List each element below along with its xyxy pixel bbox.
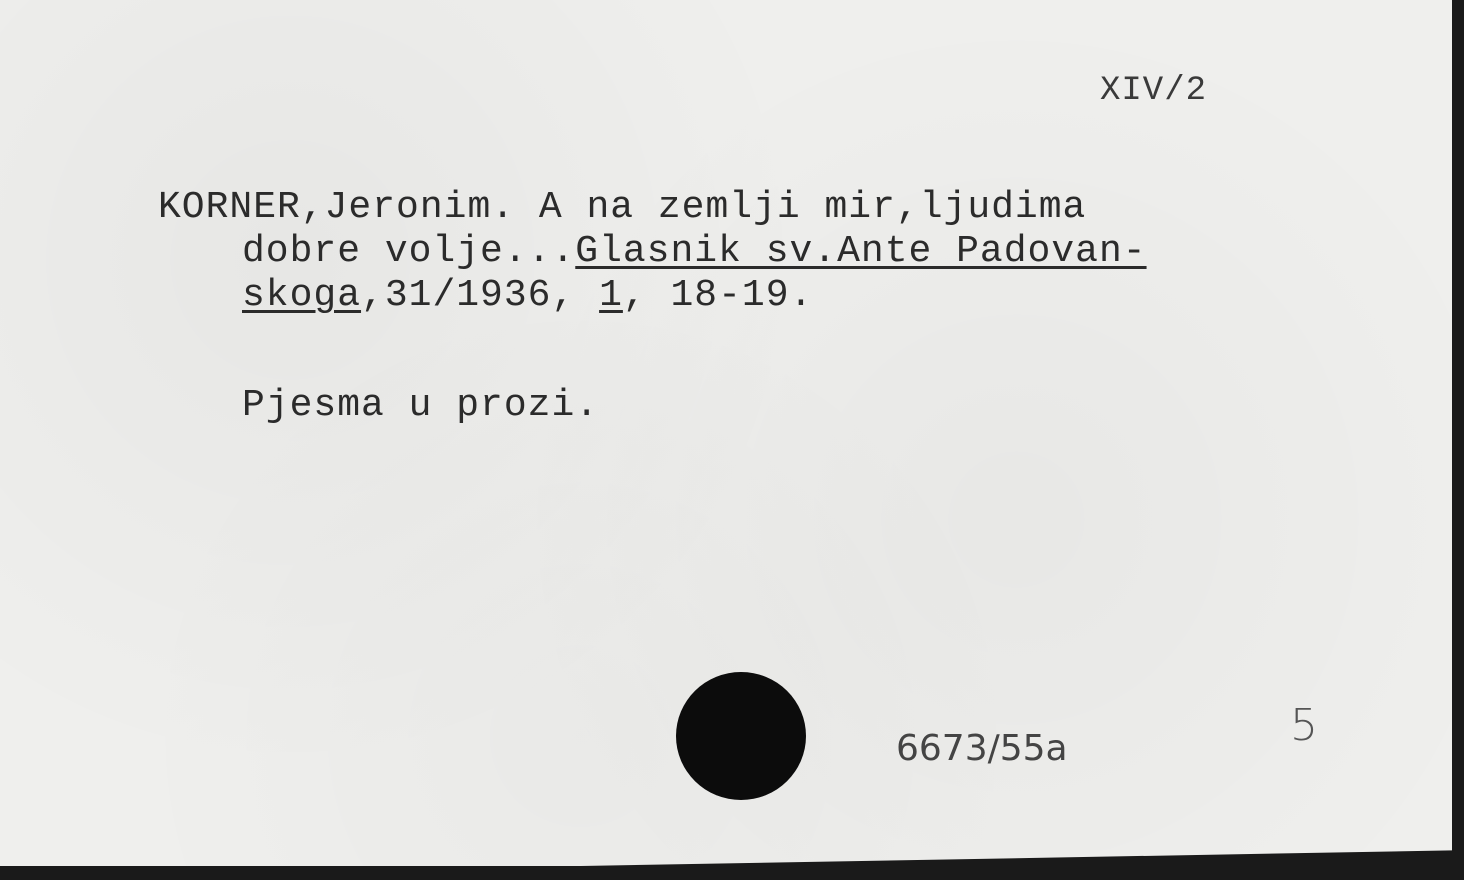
entry-author-title: KORNER,Jeronim. A na zemlji mir,ljudima xyxy=(158,186,1086,229)
issue-number: 1 xyxy=(599,274,623,317)
volume-year: ,31/1936, xyxy=(361,274,599,317)
call-number: XIV/2 xyxy=(1100,72,1207,110)
journal-title-end: skoga xyxy=(242,274,361,317)
accession-number: 6673/55a xyxy=(896,728,1068,769)
note: Pjesma u prozi. xyxy=(242,384,599,427)
handwritten-mark: 5 xyxy=(1290,700,1319,751)
punch-hole xyxy=(676,672,806,800)
title-continuation: dobre volje... xyxy=(242,230,575,273)
catalog-card: XIV/2 KORNER,Jeronim. A na zemlji mir,lj… xyxy=(0,0,1452,866)
pages: , 18-19. xyxy=(623,274,813,317)
entry-line-2: dobre volje...Glasnik sv.Ante Padovan- xyxy=(242,230,1147,273)
entry-line-3: skoga,31/1936, 1, 18-19. xyxy=(242,274,813,317)
journal-title: Glasnik sv.Ante Padovan- xyxy=(575,230,1146,273)
